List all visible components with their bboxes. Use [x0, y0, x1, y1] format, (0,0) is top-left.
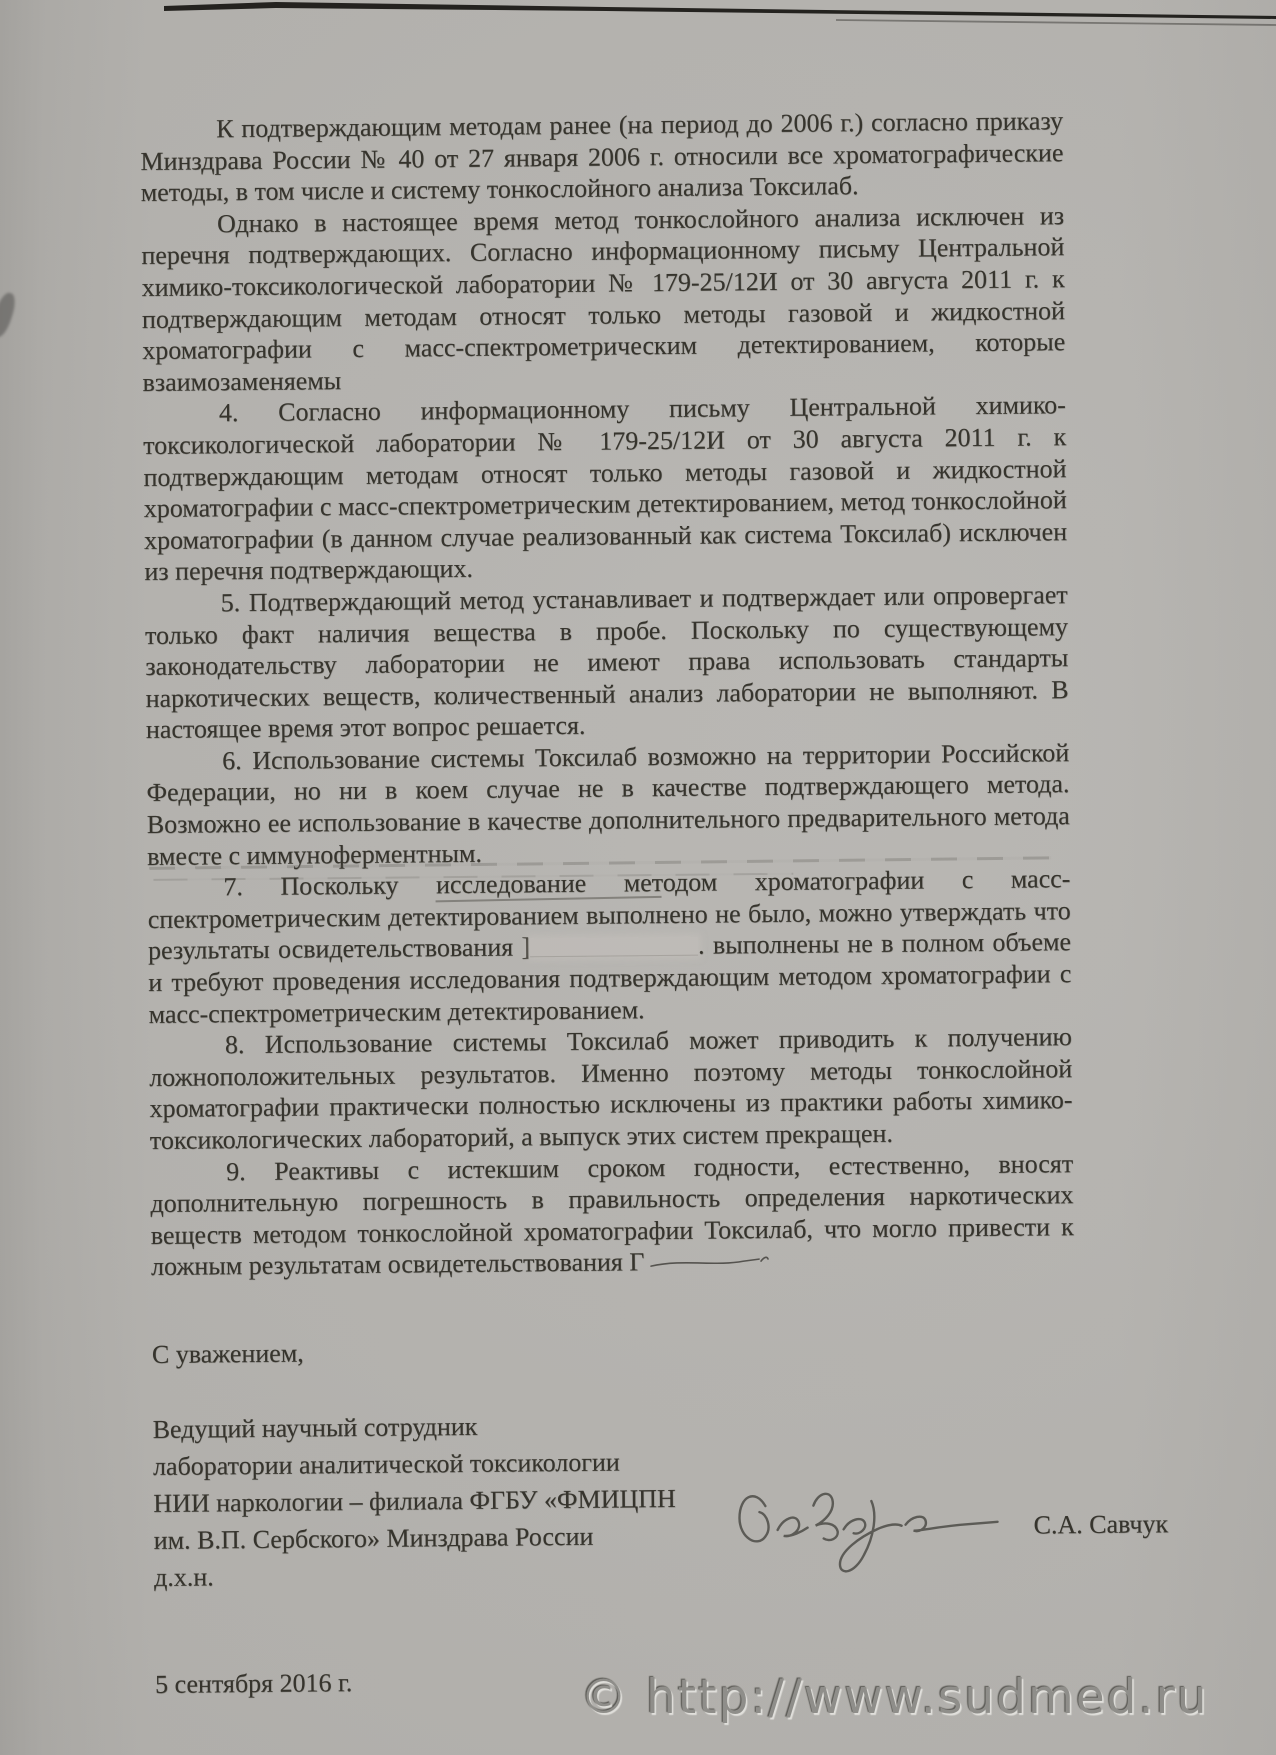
paragraph-item7: 7. Поскольку исследование методом хромат…	[147, 863, 1071, 1030]
scan-edge-mark	[0, 290, 19, 339]
paragraph-item9-text: 9. Реактивы с истекшим сроком годности, …	[150, 1149, 1074, 1282]
closing-salutation: С уважением,	[152, 1330, 1075, 1370]
redaction-erased-area	[530, 937, 698, 958]
watermark: © http://www.sudmed.ru	[580, 1670, 1209, 1725]
paragraph-item4: 4. Согласно информационному письму Центр…	[143, 389, 1068, 587]
scan-streak-artifact	[136, 0, 1276, 30]
scanned-letter-page: К подтверждающим методам ранее (на перио…	[0, 0, 1276, 1755]
redaction-scribble	[649, 1254, 775, 1271]
paragraph-item6: 6. Использование системы Токсилаб возмож…	[146, 737, 1070, 872]
letter-body: К подтверждающим методам ранее (на перио…	[140, 105, 1078, 1700]
paragraph-intro: К подтверждающим методам ранее (на перио…	[140, 105, 1064, 209]
paragraph-item9: 9. Реактивы с истекшим сроком годности, …	[150, 1148, 1074, 1283]
signer-name: С.А. Савчук	[1033, 1508, 1168, 1541]
paragraph-note: Однако в настоящее время метод тонкослой…	[141, 200, 1066, 398]
handwritten-signature	[731, 1478, 1004, 1587]
paragraph-item8: 8. Использование системы Токсилаб может …	[149, 1021, 1073, 1156]
paragraph-item5: 5. Подтверждающий метод устанавливает и …	[145, 579, 1069, 746]
